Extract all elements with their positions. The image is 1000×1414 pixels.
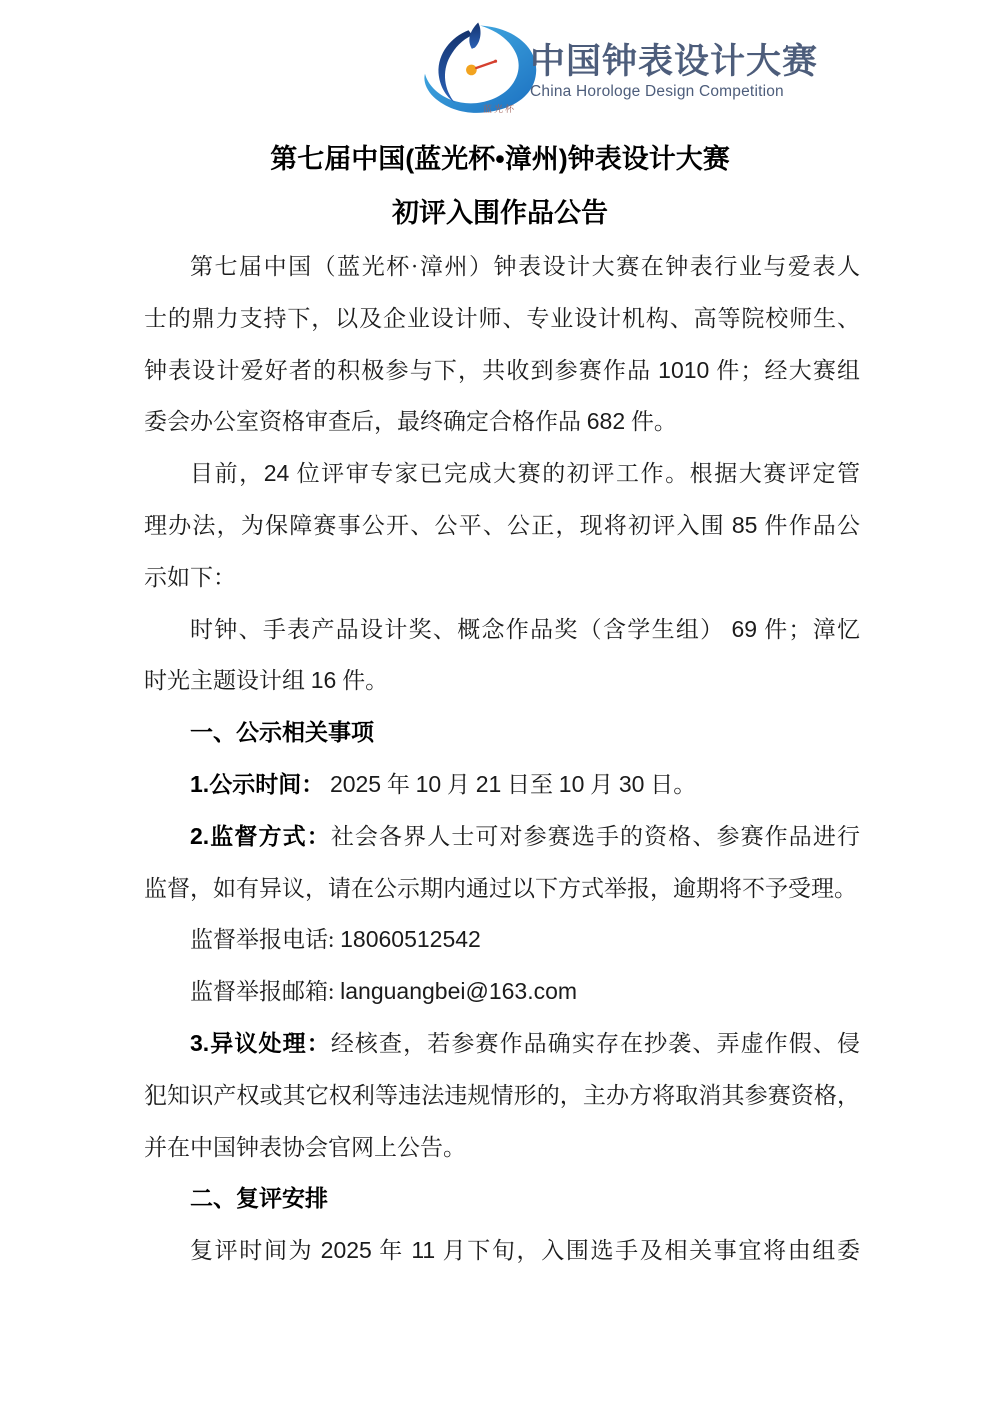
competition-logo: 蓝光杯 中国钟表设计大赛 China Horologe Design Compe… xyxy=(424,14,818,120)
text-line: 一、公示相关事项 xyxy=(144,707,860,759)
item-1-publicity-period: 1.公示时间： 2025 年 10 月 21 日至 10 月 30 日。 xyxy=(144,759,860,811)
text-line: 监督，如有异议，请在公示期内通过以下方式举报，逾期将不予受理。 xyxy=(144,863,860,915)
section-1-heading: 一、公示相关事项 xyxy=(144,707,860,759)
logo-cn-name: 中国钟表设计大赛 xyxy=(530,44,818,80)
text-line: 士的鼎力支持下，以及企业设计师、专业设计机构、高等院校师生、 xyxy=(144,293,860,345)
report-phone-line: 监督举报电话: 18060512542 xyxy=(144,914,860,966)
item-2-supervision: 2.监督方式：社会各界人士可对参赛选手的资格、参赛作品进行监督，如有异议，请在公… xyxy=(144,811,860,915)
logo-cup-caption: 蓝光杯 xyxy=(483,102,516,115)
intro-paragraph: 第七届中国（蓝光杯·漳州）钟表设计大赛在钟表行业与爱表人士的鼎力支持下，以及企业… xyxy=(144,241,860,448)
item-3-objection: 3.异议处理：经核查，若参赛作品确实存在抄袭、弄虚作假、侵犯知识产权或其它权利等… xyxy=(144,1018,860,1173)
shortlist-counts-paragraph: 时钟、手表产品设计奖、概念作品奖（含学生组） 69 件；漳忆时光主题设计组 16… xyxy=(144,604,860,708)
text-line: 犯知识产权或其它权利等违法违规情形的，主办方将取消其参赛资格， xyxy=(144,1070,860,1122)
text-line: 3.异议处理：经核查，若参赛作品确实存在抄袭、弄虚作假、侵 xyxy=(144,1018,860,1070)
text-line: 第七届中国（蓝光杯·漳州）钟表设计大赛在钟表行业与爱表人 xyxy=(144,241,860,293)
text-line: 复评时间为 2025 年 11 月下旬，入围选手及相关事宜将由组委 xyxy=(144,1225,860,1277)
text-line: 时光主题设计组 16 件。 xyxy=(144,655,860,707)
text-line: 示如下： xyxy=(144,552,860,604)
section-2-heading: 二、复评安排 xyxy=(144,1173,860,1225)
text-line: 监督举报电话: 18060512542 xyxy=(144,914,860,966)
logo-en-name: China Horologe Design Competition xyxy=(530,82,818,102)
doc-title-line2: 初评入围作品公告 xyxy=(0,186,1000,240)
logo-wordmark: 中国钟表设计大赛 China Horologe Design Competiti… xyxy=(530,14,818,102)
text-line: 委会办公室资格审查后，最终确定合格作品 682 件。 xyxy=(144,396,860,448)
document-body: 第七届中国（蓝光杯·漳州）钟表设计大赛在钟表行业与爱表人士的鼎力支持下，以及企业… xyxy=(144,241,860,1277)
doc-title: 第七届中国(蓝光杯•漳州)钟表设计大赛 初评入围作品公告 xyxy=(0,132,1000,240)
text-line: 理办法，为保障赛事公开、公平、公正，现将初评入围 85 件作品公 xyxy=(144,500,860,552)
announcement-page: 蓝光杯 中国钟表设计大赛 China Horologe Design Compe… xyxy=(0,0,1000,1414)
text-line: 监督举报邮箱: languangbei@163.com xyxy=(144,966,860,1018)
text-line: 2.监督方式：社会各界人士可对参赛选手的资格、参赛作品进行 xyxy=(144,811,860,863)
clock-swirl-icon xyxy=(424,22,542,114)
text-line: 二、复评安排 xyxy=(144,1173,860,1225)
re-evaluation-paragraph: 复评时间为 2025 年 11 月下旬，入围选手及相关事宜将由组委 xyxy=(144,1225,860,1277)
review-status-paragraph: 目前，24 位评审专家已完成大赛的初评工作。根据大赛评定管理办法，为保障赛事公开… xyxy=(144,448,860,603)
text-line: 1.公示时间： 2025 年 10 月 21 日至 10 月 30 日。 xyxy=(144,759,860,811)
report-email-line: 监督举报邮箱: languangbei@163.com xyxy=(144,966,860,1018)
doc-title-line1: 第七届中国(蓝光杯•漳州)钟表设计大赛 xyxy=(0,132,1000,186)
text-line: 时钟、手表产品设计奖、概念作品奖（含学生组） 69 件；漳忆 xyxy=(144,604,860,656)
text-line: 并在中国钟表协会官网上公告。 xyxy=(144,1122,860,1174)
text-line: 钟表设计爱好者的积极参与下，共收到参赛作品 1010 件；经大赛组 xyxy=(144,345,860,397)
text-line: 目前，24 位评审专家已完成大赛的初评工作。根据大赛评定管 xyxy=(144,448,860,500)
